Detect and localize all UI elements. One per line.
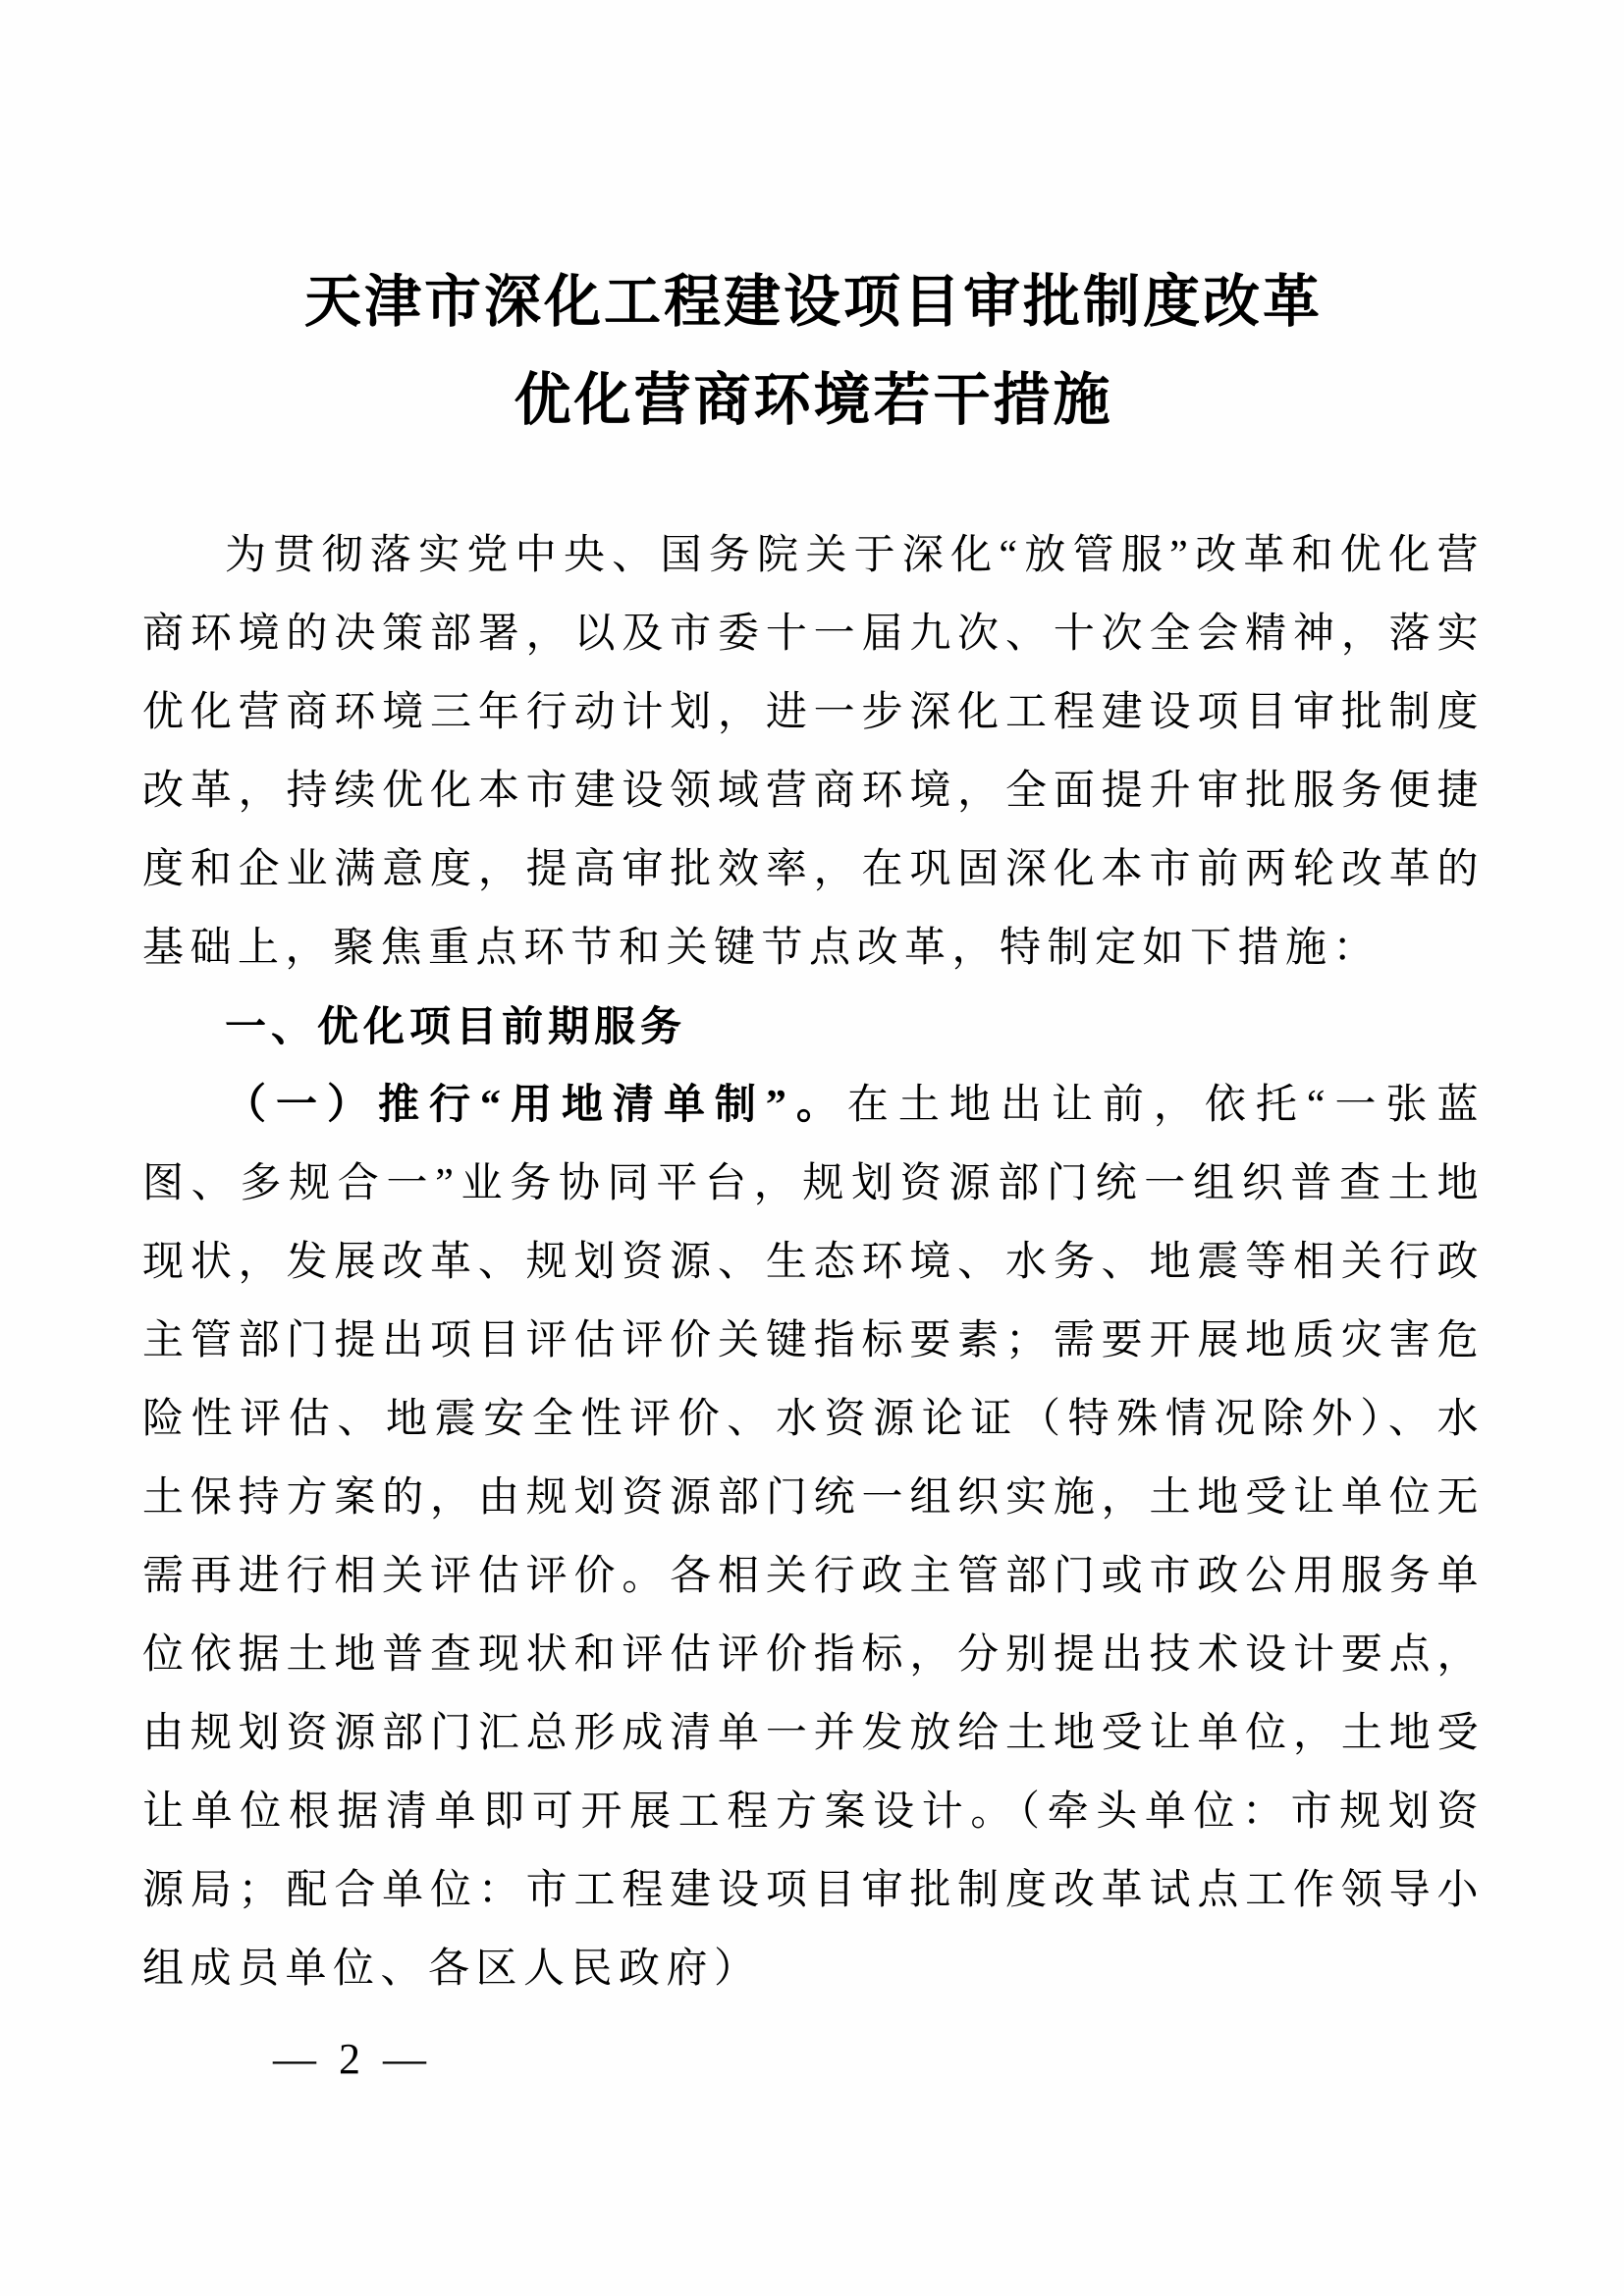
page-number: — 2 — bbox=[273, 2035, 432, 2083]
intro-paragraph: 为贯彻落实党中央、国务院关于深化“放管服”改革和优化营商环境的决策部署，以及市委… bbox=[142, 516, 1485, 988]
section-1-measure-1: （一）推行“用地清单制”。在土地出让前，依托“一张蓝图、多规合一”业务协同平台，… bbox=[142, 1066, 1485, 2008]
document-page: 天津市深化工程建设项目审批制度改革 优化营商环境若干措施 为贯彻落实党中央、国务… bbox=[0, 0, 1624, 2296]
document-title-line-2: 优化营商环境若干措施 bbox=[142, 351, 1485, 450]
measure-1-lead: （一）推行“用地清单制”。 bbox=[225, 1083, 847, 1128]
section-1-heading: 一、优化项目前期服务 bbox=[142, 988, 1485, 1066]
measure-1-body: 在土地出让前，依托“一张蓝图、多规合一”业务协同平台，规划资源部门统一组织普查土… bbox=[142, 1083, 1485, 1992]
document-title-line-1: 天津市深化工程建设项目审批制度改革 bbox=[142, 253, 1485, 351]
page-footer: — 2 — bbox=[273, 2030, 432, 2089]
document-title: 天津市深化工程建设项目审批制度改革 优化营商环境若干措施 bbox=[142, 0, 1485, 450]
document-body: 为贯彻落实党中央、国务院关于深化“放管服”改革和优化营商环境的决策部署，以及市委… bbox=[142, 516, 1485, 2008]
document-content: 天津市深化工程建设项目审批制度改革 优化营商环境若干措施 为贯彻落实党中央、国务… bbox=[142, 0, 1485, 2008]
